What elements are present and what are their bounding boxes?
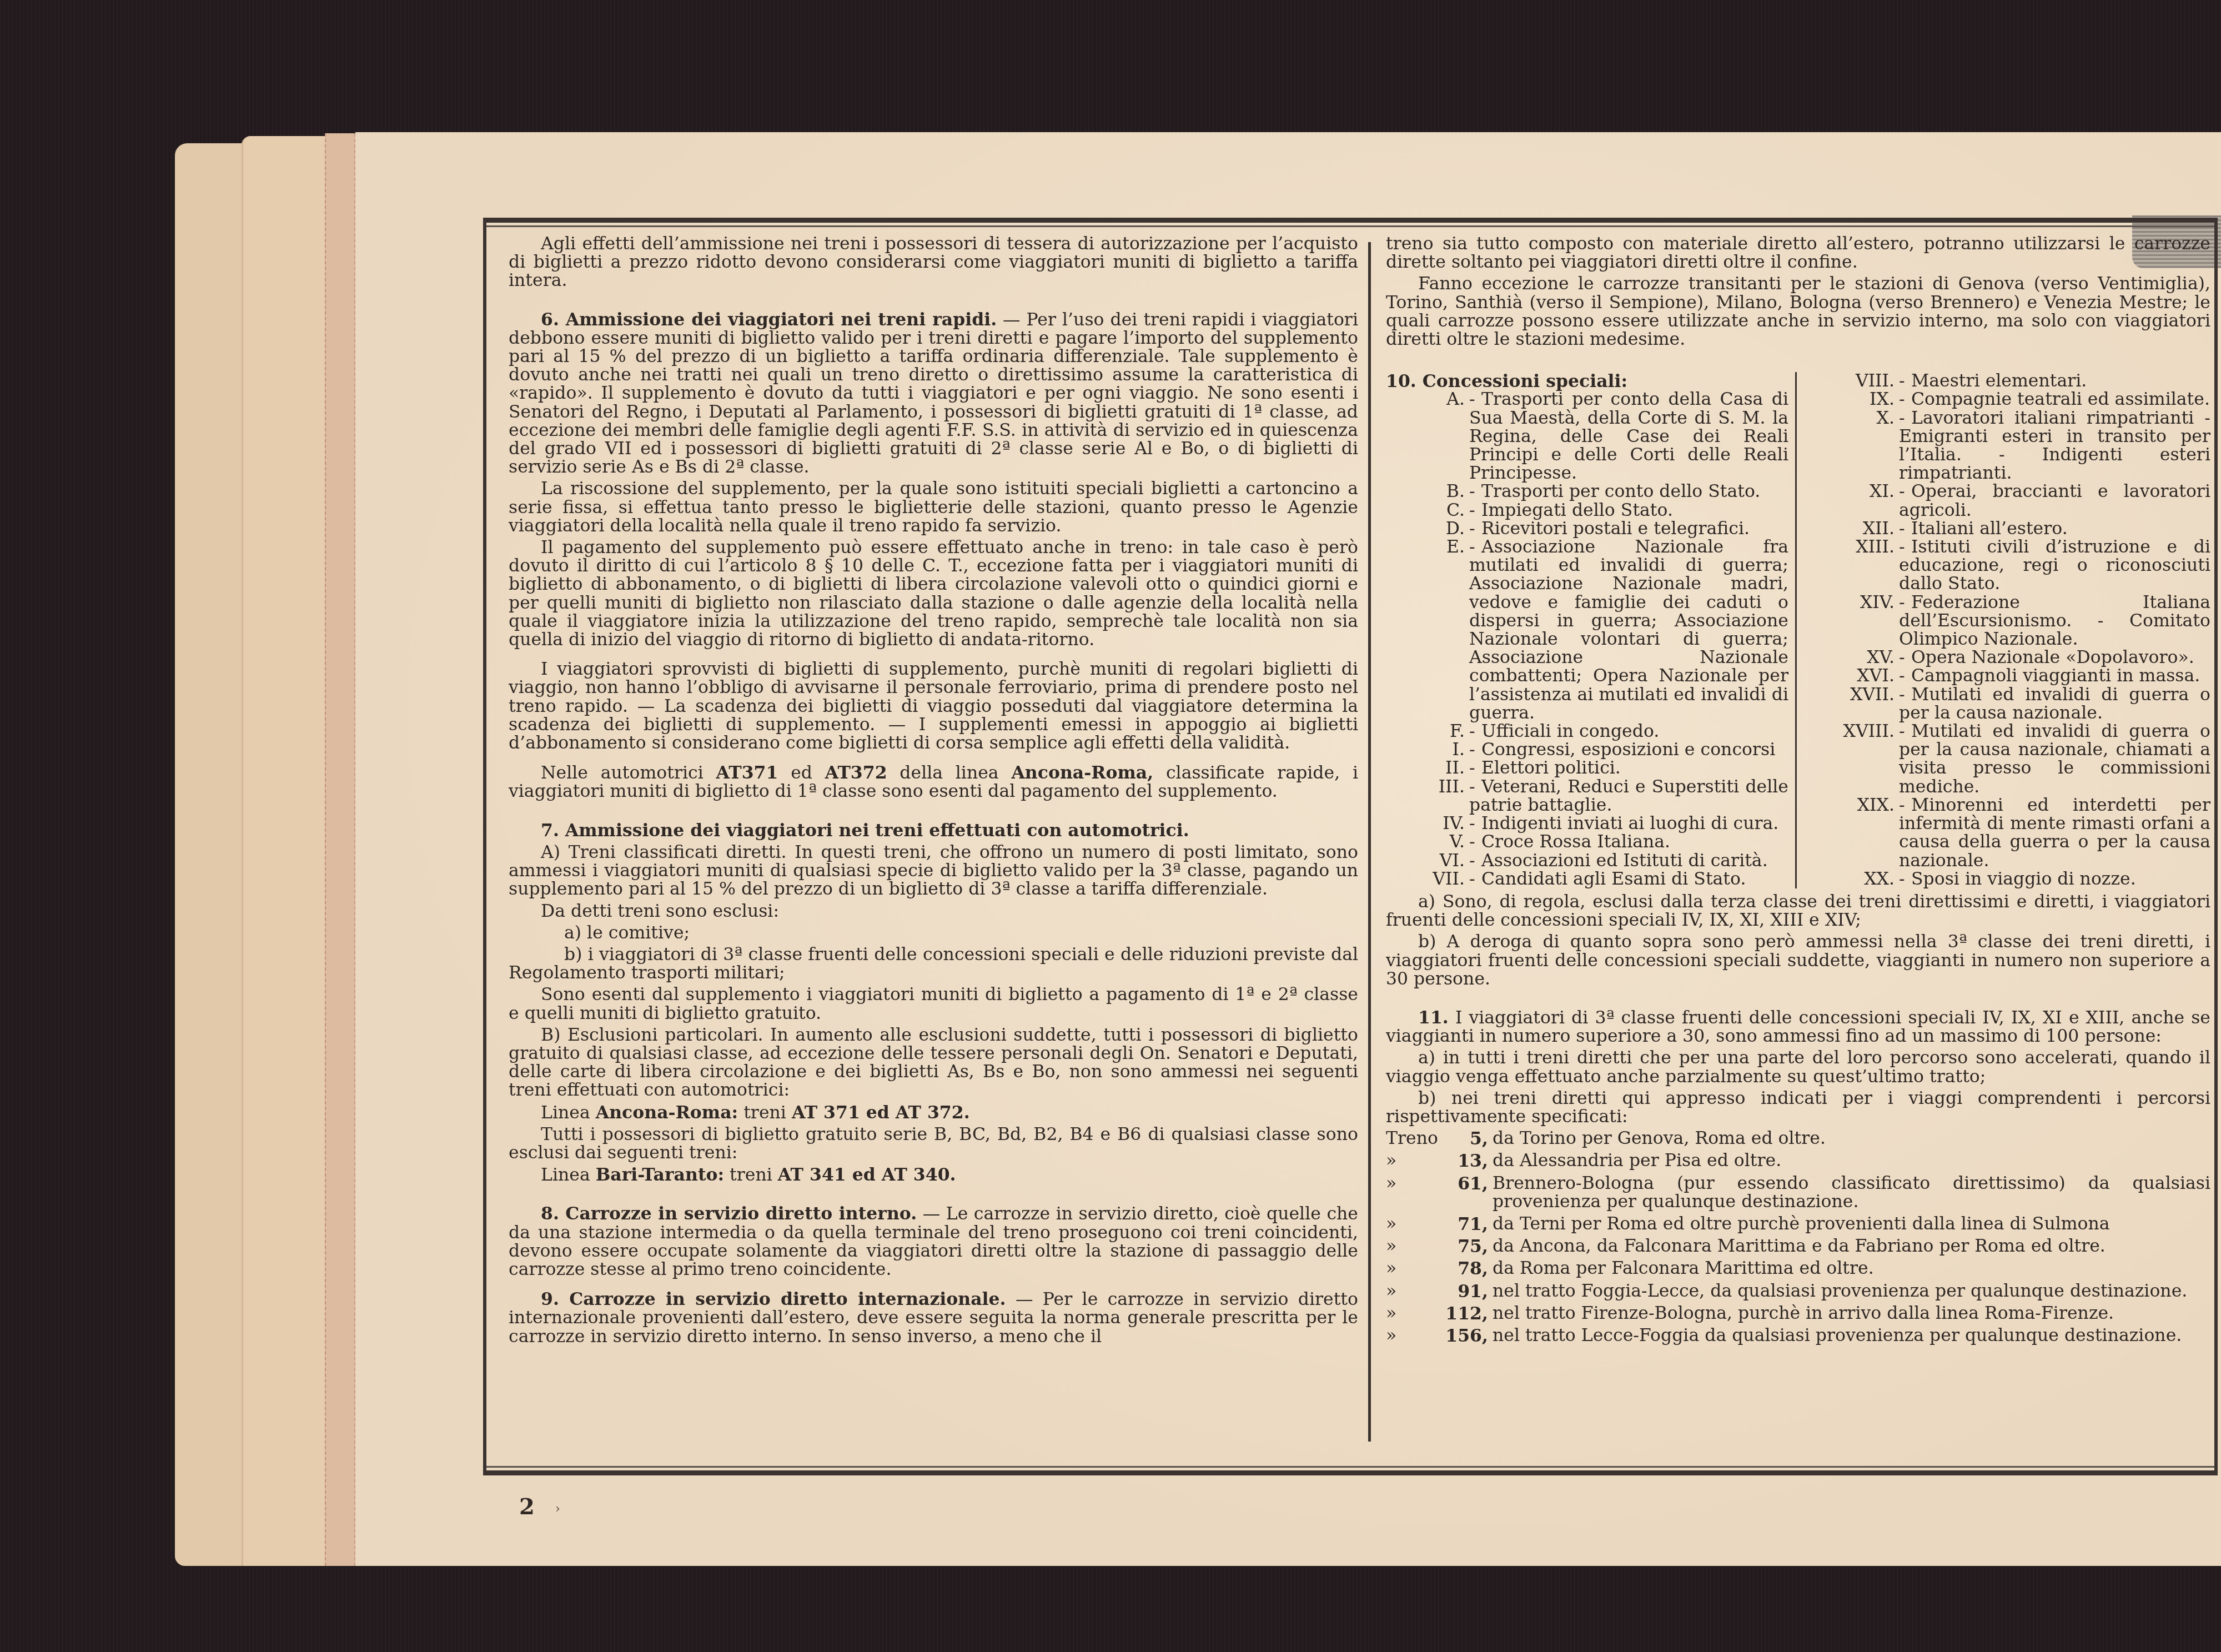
train-number: 78, (1441, 1259, 1493, 1278)
train-number: 75, (1441, 1237, 1493, 1256)
concession-item: VI.-Associazioni ed Istituti di carità. (1386, 852, 1788, 870)
concession-item: XIX.-Minorenni ed interdetti per infermi… (1805, 796, 2210, 870)
concession-text: Associazioni ed Istituti di carità. (1481, 851, 1768, 871)
concession-item: IV.-Indigenti inviati ai luoghi di cura. (1386, 815, 1788, 833)
concession-text: Campagnoli viaggianti in massa. (1911, 666, 2200, 686)
section-7-exempt: Sono esenti dal supplemento i viaggiator… (509, 986, 1358, 1022)
train-row: »75,da Ancona, da Falconara Marittima e … (1386, 1237, 2210, 1256)
concession-key: XIX. (1805, 796, 1899, 870)
concession-item: VIII.-Maestri elementari. (1805, 372, 2210, 390)
section-7-excluded-a: a) le comitive; (509, 924, 1358, 942)
concession-item: XVI.-Campagnoli viaggianti in massa. (1805, 667, 2210, 685)
train-row: »156,nel tratto Lecce-Foggia da qualsias… (1386, 1327, 2210, 1345)
concession-text: Trasporti per conto della Casa di Sua Ma… (1469, 389, 1788, 483)
concession-key: XVI. (1805, 667, 1899, 685)
train-row: »61,Brennero-Bologna (pur essendo classi… (1386, 1174, 2210, 1211)
train-number: 71, (1441, 1215, 1493, 1233)
train-number: 13, (1441, 1152, 1493, 1170)
concession-key: XV. (1805, 649, 1899, 667)
train-lead: » (1386, 1304, 1441, 1323)
page-number: 2 (519, 1494, 535, 1520)
section-7-free-tickets: Tutti i possessori di biglietto gratuito… (509, 1126, 1358, 1162)
concession-item: X.-Lavoratori italiani rimpatrianti - Em… (1805, 409, 2210, 483)
concession-item: II.-Elettori politici. (1386, 759, 1788, 777)
concession-item: XIV.-Federazione Italiana dell’Escursion… (1805, 594, 2210, 649)
section-7-excluded-b: b) i viaggiatori di 3ª classe fruenti de… (509, 946, 1358, 982)
train-row: »91,nel tratto Foggia-Lecce, da qualsias… (1386, 1282, 2210, 1300)
train-number: 5, (1441, 1129, 1493, 1148)
concession-text: Croce Rossa Italiana. (1481, 832, 1670, 852)
concession-key: D. (1386, 520, 1469, 538)
section-8-heading: 8. Carrozze in servizio diretto interno. (541, 1203, 917, 1224)
concession-key: V. (1386, 833, 1469, 851)
concession-text: Associazione Nazionale fra mutilati ed i… (1469, 537, 1788, 723)
train-route: da Alessandria per Pisa ed oltre. (1493, 1152, 2210, 1170)
train-number: 112, (1441, 1304, 1493, 1323)
section-7-line-ancona-roma: Linea Ancona-Roma: treni AT 371 ed AT 37… (509, 1103, 1358, 1122)
concession-text: Elettori politici. (1481, 758, 1621, 778)
section-9-paragraph: 9. Carrozze in servizio diretto internaz… (509, 1290, 1358, 1346)
concession-item: XI.-Operai, braccianti e lavoratori agri… (1805, 483, 2210, 519)
concession-key: XX. (1805, 870, 1899, 888)
section-11-a: a) in tutti i treni diretti che per una … (1386, 1049, 2210, 1086)
concession-key: X. (1805, 409, 1899, 483)
concession-item: I.-Congressi, esposizioni e concorsi (1386, 741, 1788, 759)
train-route: da Terni per Roma ed oltre purchè proven… (1493, 1215, 2210, 1233)
concession-item: XII.-Italiani all’estero. (1805, 520, 2210, 538)
concession-item: C.-Impiegati dello Stato. (1386, 501, 1788, 520)
section-9-heading: 9. Carrozze in servizio diretto internaz… (541, 1289, 1006, 1309)
concession-key: XIV. (1805, 594, 1899, 649)
concession-key: XII. (1805, 520, 1899, 538)
train-row: Treno5,da Torino per Genova, Roma ed olt… (1386, 1129, 2210, 1148)
left-column: Agli effetti dell’ammissione nei treni i… (509, 235, 1358, 1349)
concession-key: XVIII. (1805, 722, 1899, 796)
train-route: nel tratto Foggia-Lecce, da qualsiasi pr… (1493, 1282, 2210, 1300)
concession-text: Istituti civili d’istruzione e di educaz… (1899, 537, 2210, 594)
concession-item: XX.-Sposi in viaggio di nozze. (1805, 870, 2210, 888)
section-11-intro: 11. I viaggiatori di 3ª classe fruenti d… (1386, 1008, 2210, 1046)
train-row: »13,da Alessandria per Pisa ed oltre. (1386, 1152, 2210, 1170)
train-lead: » (1386, 1152, 1441, 1170)
section-6-paragraph-3: Il pagamento del supplemento può essere … (509, 539, 1358, 649)
concession-text: Ufficiali in congedo. (1481, 721, 1659, 741)
concession-key: A. (1386, 390, 1469, 483)
concession-key: VIII. (1805, 372, 1899, 390)
train-route: nel tratto Firenze-Bologna, purchè in ar… (1493, 1304, 2210, 1323)
right-column: treno sia tutto composto con materiale d… (1386, 235, 2210, 1349)
concession-text: Compagnie teatrali ed assimilate. (1911, 389, 2210, 409)
concession-key: II. (1386, 759, 1469, 777)
concession-text: Minorenni ed interdetti per infermità di… (1899, 795, 2210, 871)
text-frame: Agli effetti dell’ammissione nei treni i… (483, 218, 2218, 1475)
concession-key: IV. (1386, 815, 1469, 833)
concession-key: VI. (1386, 852, 1469, 870)
print-mark: › (555, 1502, 560, 1516)
concession-text: Trasporti per conto dello Stato. (1481, 481, 1760, 501)
train-lead: » (1386, 1282, 1441, 1300)
concession-key: XVII. (1805, 686, 1899, 722)
concession-item: IX.-Compagnie teatrali ed assimilate. (1805, 390, 2210, 409)
section-7-line-bari-taranto: Linea Bari-Taranto: treni AT 341 ed AT 3… (509, 1166, 1358, 1184)
train-route: da Ancona, da Falconara Marittima e da F… (1493, 1237, 2210, 1256)
concession-key: I. (1386, 741, 1469, 759)
concession-item: XVII.-Mutilati ed invalidi di guerra o p… (1805, 686, 2210, 722)
concession-key: III. (1386, 778, 1469, 815)
concession-key: F. (1386, 722, 1469, 741)
train-lead: » (1386, 1259, 1441, 1278)
concession-item: V.-Croce Rossa Italiana. (1386, 833, 1788, 851)
concession-text: Impiegati dello Stato. (1481, 500, 1673, 520)
concessions-right-list: VIII.-Maestri elementari.IX.-Compagnie t… (1797, 372, 2210, 888)
concession-key: XIII. (1805, 538, 1899, 594)
train-route: Brennero-Bologna (pur essendo classifica… (1493, 1174, 2210, 1211)
train-list: Treno5,da Torino per Genova, Roma ed olt… (1386, 1129, 2210, 1345)
concession-key: B. (1386, 483, 1469, 501)
section-7-paragraph-a: A) Treni classificati diretti. In questi… (509, 843, 1358, 899)
concession-text: Opera Nazionale «Dopolavoro». (1911, 647, 2194, 667)
train-row: »78,da Roma per Falconara Marittima ed o… (1386, 1259, 2210, 1278)
concession-text: Veterani, Reduci e Superstiti delle patr… (1469, 777, 1788, 815)
concession-text: Federazione Italiana dell’Escursionismo.… (1899, 592, 2210, 649)
section-10-note-a: a) Sono, di regola, esclusi dalla terza … (1386, 893, 2210, 930)
section-6-paragraph-2: La riscossione del supplemento, per la q… (509, 480, 1358, 535)
train-lead: » (1386, 1215, 1441, 1233)
concession-text: Italiani all’estero. (1911, 519, 2068, 539)
train-row: »112,nel tratto Firenze-Bologna, purchè … (1386, 1304, 2210, 1323)
special-concessions-table: 10. Concessioni speciali: A.-Trasporti p… (1386, 372, 2210, 888)
concession-text: Sposi in viaggio di nozze. (1911, 869, 2136, 889)
concession-text: Mutilati ed invalidi di guerra o per la … (1899, 685, 2210, 723)
section-9-continuation: treno sia tutto composto con materiale d… (1386, 235, 2210, 272)
column-divider (1368, 242, 1371, 1442)
train-route: da Torino per Genova, Roma ed oltre. (1493, 1129, 2210, 1148)
train-lead: » (1386, 1327, 1441, 1345)
concession-text: Indigenti inviati ai luoghi di cura. (1481, 814, 1778, 833)
concession-text: Lavoratori italiani rimpatrianti - Emigr… (1899, 408, 2210, 484)
section-7-paragraph-b: B) Esclusioni particolari. In aumento al… (509, 1026, 1358, 1100)
concession-key: XI. (1805, 483, 1899, 519)
section-7-excluded-intro: Da detti treni sono esclusi: (509, 902, 1358, 921)
train-lead: » (1386, 1174, 1441, 1211)
concession-text: Ricevitori postali e telegrafici. (1481, 519, 1750, 539)
section-10-heading: 10. Concessioni speciali: (1386, 372, 1788, 390)
concession-item: D.-Ricevitori postali e telegrafici. (1386, 520, 1788, 538)
concessions-left-list: 10. Concessioni speciali: A.-Trasporti p… (1386, 372, 1797, 888)
intro-paragraph: Agli effetti dell’ammissione nei treni i… (509, 235, 1358, 290)
section-11-b: b) nei treni diretti qui appresso indica… (1386, 1089, 2210, 1126)
concession-key: C. (1386, 501, 1469, 520)
concession-text: Mutilati ed invalidi di guerra o per la … (1899, 721, 2210, 797)
section-6-heading: 6. Ammissione dei viaggiatori nei treni … (541, 309, 997, 330)
train-lead: Treno (1386, 1129, 1441, 1148)
concession-text: Operai, braccianti e lavoratori agricoli… (1899, 481, 2210, 520)
concession-key: E. (1386, 538, 1469, 722)
concession-text: Congressi, esposizioni e concorsi (1481, 740, 1775, 760)
concession-item: XVIII.-Mutilati ed invalidi di guerra o … (1805, 722, 2210, 796)
binding-strip (325, 133, 355, 1566)
concession-key: IX. (1805, 390, 1899, 409)
train-number: 91, (1441, 1282, 1493, 1300)
train-number: 156, (1441, 1327, 1493, 1345)
concession-item: F.-Ufficiali in congedo. (1386, 722, 1788, 741)
train-route: nel tratto Lecce-Foggia da qualsiasi pro… (1493, 1327, 2210, 1345)
concession-key: VII. (1386, 870, 1469, 888)
section-9-exception: Fanno eccezione le carrozze transitanti … (1386, 275, 2210, 349)
concession-item: XIII.-Istituti civili d’istruzione e di … (1805, 538, 2210, 594)
concession-text: Candidati agli Esami di Stato. (1481, 869, 1746, 889)
concession-item: B.-Trasporti per conto dello Stato. (1386, 483, 1788, 501)
concession-item: E.-Associazione Nazionale fra mutilati e… (1386, 538, 1788, 722)
section-6-paragraph-1: 6. Ammissione dei viaggiatori nei treni … (509, 310, 1358, 477)
section-6-paragraph-5: Nelle automotrici AT371 ed AT372 della l… (509, 764, 1358, 801)
section-7-heading: 7. Ammissione dei viaggiatori nei treni … (509, 821, 1358, 840)
section-10-note-b: b) A deroga di quanto sopra sono però am… (1386, 933, 2210, 988)
concession-item: XV.-Opera Nazionale «Dopolavoro». (1805, 649, 2210, 667)
concession-item: VII.-Candidati agli Esami di Stato. (1386, 870, 1788, 888)
section-6-paragraph-4: I viaggiatori sprovvisti di biglietti di… (509, 660, 1358, 752)
section-8-paragraph: 8. Carrozze in servizio diretto interno.… (509, 1204, 1358, 1279)
train-lead: » (1386, 1237, 1441, 1256)
train-number: 61, (1441, 1174, 1493, 1211)
concession-item: A.-Trasporti per conto della Casa di Sua… (1386, 390, 1788, 483)
concession-text: Maestri elementari. (1911, 371, 2087, 391)
train-row: »71,da Terni per Roma ed oltre purchè pr… (1386, 1215, 2210, 1233)
concession-item: III.-Veterani, Reduci e Superstiti delle… (1386, 778, 1788, 815)
train-route: da Roma per Falconara Marittima ed oltre… (1493, 1259, 2210, 1278)
